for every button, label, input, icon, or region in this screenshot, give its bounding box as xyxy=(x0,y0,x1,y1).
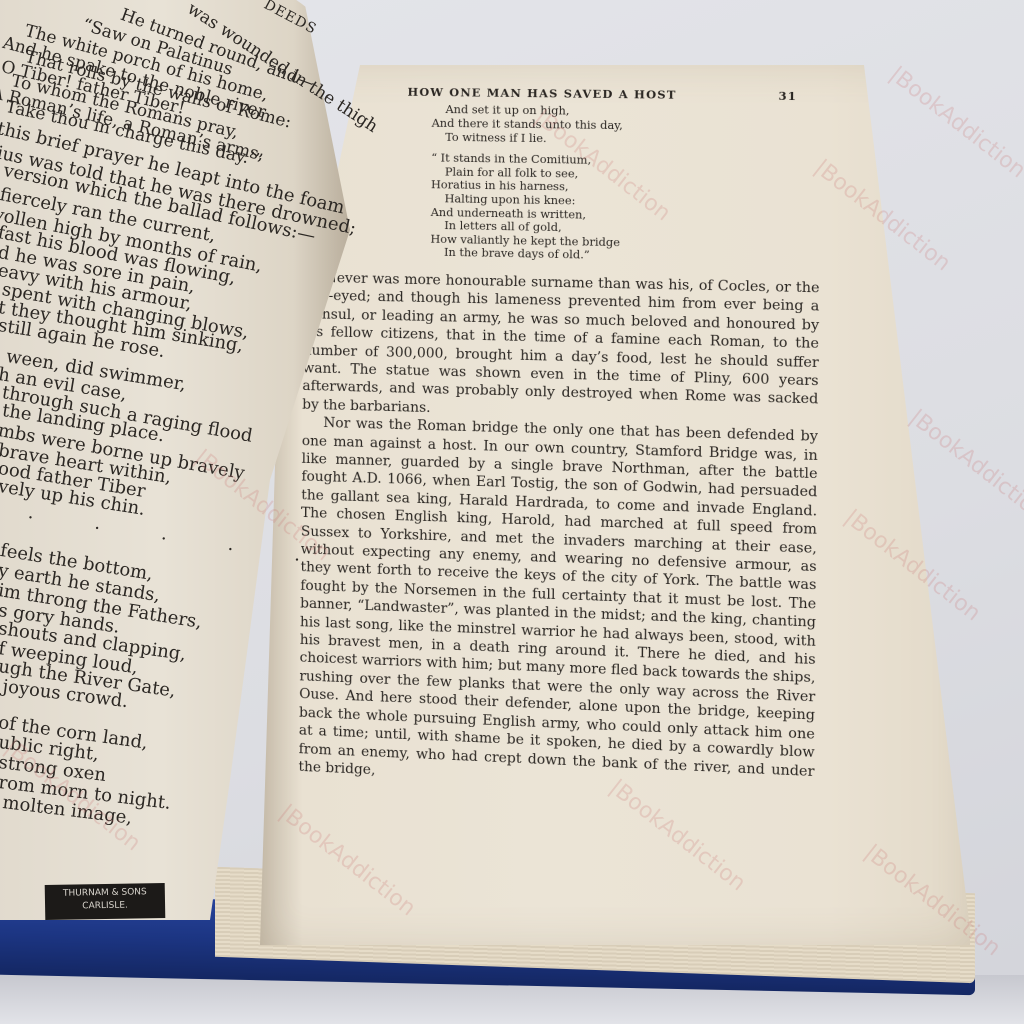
page-number: 31 xyxy=(778,87,797,106)
watermark: |BookAddiction xyxy=(885,62,1024,183)
binder-label: THURNAM & SONS CARLISLE. xyxy=(45,883,166,920)
paragraph-2: Nor was the Roman bridge the only one th… xyxy=(298,414,818,800)
right-page-text: HOW ONE MAN HAS SAVED A HOST 31 And set … xyxy=(298,82,821,800)
prose-block: Never was more honourable surname than w… xyxy=(298,269,819,800)
paragraph-1: Never was more honourable surname than w… xyxy=(302,269,820,428)
watermark: |BookAddiction xyxy=(905,405,1024,526)
verse-block: And set it up on high, And there it stan… xyxy=(304,102,822,267)
running-head-title: HOW ONE MAN HAS SAVED A HOST xyxy=(407,83,676,104)
book-photo: HOW ONE MAN HAS SAVED A HOST 31 And set … xyxy=(0,0,1024,1024)
binder-label-line2: CARLISLE. xyxy=(45,899,165,914)
